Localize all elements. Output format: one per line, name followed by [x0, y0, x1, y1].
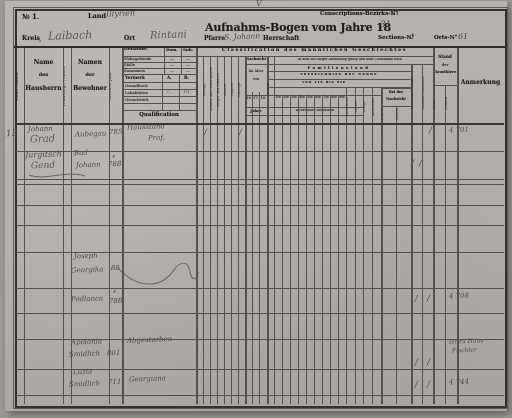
signature-flourish	[27, 170, 89, 182]
entry-qualification-line2: Prof.	[148, 135, 165, 143]
entry-qualification-line1: Hausstand	[127, 123, 165, 131]
land-value-handwritten: Illyrien	[106, 9, 135, 18]
column-hausherr-line3: Hausherrn	[24, 86, 63, 92]
age-class-cell: 5te	[306, 96, 314, 99]
gebaeude-row-b: —	[186, 69, 190, 73]
grid-line-horizontal	[16, 288, 504, 289]
column-bewohner-line1: Namen	[71, 60, 109, 66]
column-geburts-jahr: Geburts-Jahr	[109, 52, 122, 120]
gebaeude-subrow-value-a: 7.	[166, 90, 171, 95]
entry-tally-mark: /	[427, 295, 430, 304]
entry-bewohner-line2: Smidlich	[69, 380, 100, 388]
column-label-rotated: Bauern	[224, 58, 231, 121]
grid-line-horizontal	[16, 205, 504, 206]
section-number-value: 1	[410, 33, 415, 41]
column-label-rotated: Ledige	[363, 92, 372, 121]
grid-line-horizontal	[267, 71, 411, 72]
entry-bewohner-line2: Smidlich	[69, 350, 100, 358]
grid-line-horizontal	[267, 79, 411, 80]
grid-line-vertical	[179, 74, 180, 110]
entry-tally-mark: /	[204, 129, 207, 138]
nachsicht-title: Nachsicht	[245, 58, 267, 62]
column-label-rotated: Verehelichte	[346, 92, 355, 121]
entry-bewohner: Aubegau	[75, 130, 107, 138]
grid-line-vertical	[306, 95, 307, 404]
entry-tally-mark: /	[427, 381, 430, 390]
kreis-value-handwritten: Laibach	[48, 29, 93, 42]
sheet-title-year-handwritten: 31	[380, 21, 392, 30]
grid-line-horizontal	[122, 89, 196, 90]
gebaeude-row-label: Zusammen	[124, 69, 145, 73]
grid-line-horizontal	[122, 82, 196, 83]
gebaeude-subrow-label: Lokalitäten	[125, 91, 148, 95]
section-number-label: Sections-N°	[378, 36, 414, 42]
entry-anmerkung: 4 744	[449, 379, 469, 387]
revision-box-title2: Nachsicht	[381, 98, 411, 102]
ort-label: Ort	[124, 36, 135, 42]
anmerkung-header: Anmerkung	[457, 80, 504, 86]
age-class-cell: 3te	[290, 96, 298, 99]
land-label: Land	[88, 13, 106, 20]
nachsicht-line2: von	[245, 78, 267, 82]
age-class-cell: 1te	[274, 96, 282, 99]
gebaeude-row-label: Wohngebäude	[124, 57, 151, 61]
grid-line-horizontal	[122, 110, 196, 111]
grid-line-vertical	[274, 56, 275, 404]
column-bewohner-line3: Bewohner	[71, 86, 109, 92]
grid-line-vertical	[162, 74, 163, 110]
livestock-subcolumn-label: Pferde	[433, 87, 445, 121]
grid-line-vertical	[252, 92, 253, 404]
grid-line-vertical	[245, 56, 247, 404]
grid-line-horizontal	[122, 68, 196, 69]
gebaeude-head-dom: Dom.	[166, 48, 178, 52]
column-label-rotated: Volkszahl zusammen	[422, 66, 433, 121]
hausthiere-line3: Hausthiere	[433, 71, 457, 75]
grid-line-horizontal	[122, 56, 433, 57]
column-bewohner-line2: der	[71, 73, 109, 78]
column-hausherr-line1: Name	[24, 60, 63, 66]
gebaeude-row-a: —	[170, 69, 174, 73]
gebaeude-row-label: Ställe	[124, 63, 135, 67]
classification-text-line1: In dem bei obiger Abtheilung gültig und …	[268, 58, 432, 61]
entry-anmerkung: 4 701	[449, 127, 469, 135]
entry-bewohner-line2: Georgika	[71, 266, 104, 274]
grid-line-horizontal	[122, 103, 196, 104]
grid-line-vertical	[445, 85, 446, 404]
classification-text-line3: Verzeichniss der Söhne	[268, 73, 410, 77]
age-class-cell: 2te	[282, 96, 290, 99]
sheet-number: № 1.	[22, 13, 39, 20]
column-label-rotated: Witwer	[355, 92, 363, 121]
ort-value-handwritten: Rintani	[150, 30, 187, 41]
orts-number-value: 61	[458, 33, 468, 41]
entry-house-number: 13	[6, 130, 18, 139]
gebaeude-col-b: B.	[184, 76, 189, 80]
herrschaft-label: Herrschaft	[263, 36, 299, 42]
nachsicht-line1: Im Alter	[245, 70, 267, 74]
grid-line-horizontal	[16, 123, 504, 125]
hausthiere-line2: der	[433, 63, 457, 67]
entry-hausherr-line1: Johann	[28, 126, 53, 134]
entry-tally-mark: /	[415, 381, 418, 390]
grid-line-vertical	[322, 95, 323, 404]
gebaeude-vermerk-label: Vermerk	[125, 76, 145, 80]
entry-year: 785	[109, 129, 123, 136]
grid-line-horizontal	[16, 225, 504, 226]
grid-line-horizontal	[122, 96, 196, 97]
grid-line-vertical	[314, 95, 315, 404]
hausthiere-line1: Stand	[433, 55, 457, 59]
gebaeude-subrow-label: Grundbuch	[125, 84, 148, 88]
age-class-cell: 7te	[322, 96, 330, 99]
grid-line-horizontal	[122, 62, 196, 63]
column-label-rotated: Weibliche Personen	[411, 66, 422, 121]
column-wohnungs-numer: Wohnungs-Numer	[63, 52, 71, 120]
grid-line-vertical	[346, 87, 347, 404]
grid-line-horizontal	[16, 252, 504, 253]
entry-qualification-line1: Georgiana	[129, 375, 166, 383]
conscription-district-label: Conscriptions-Bezirks-N°	[320, 12, 398, 18]
column-label-rotated: Sonstige	[238, 58, 245, 121]
orts-number-label: Orts-N°	[434, 36, 457, 42]
check-mark-handwritten: V	[256, 0, 262, 8]
gebaeude-head-sub: Sub.	[183, 48, 193, 52]
grid-line-vertical	[298, 95, 299, 404]
column-label-rotated: Adelige	[203, 58, 210, 121]
grid-line-vertical	[372, 87, 373, 404]
grid-line-horizontal	[16, 179, 504, 180]
grid-line-vertical	[330, 95, 331, 404]
scanned-census-sheet: № 1. Land Illyrien Conscriptions-Bezirks…	[0, 0, 512, 418]
grid-line-horizontal	[16, 151, 504, 152]
grid-line-vertical	[282, 95, 283, 404]
age-year-cell: 17	[252, 96, 259, 100]
gebaeude-title: Gebäude:	[124, 48, 148, 53]
grid-line-vertical	[355, 87, 356, 404]
grid-line-horizontal	[433, 85, 457, 86]
column-haus-numer: Haus-Numer	[16, 52, 24, 120]
column-label-rotated: Beamte und Honoratioren	[210, 58, 217, 121]
pfarre-label: Pfarre	[204, 36, 225, 42]
entry-anmerkung: 4 708	[449, 293, 469, 301]
grid-line-vertical	[338, 95, 339, 404]
grid-line-horizontal	[16, 313, 504, 314]
age-year-cell: 18	[259, 96, 267, 100]
gebaeude-row-a: —	[170, 63, 174, 67]
gebaeude-col-a: A.	[167, 76, 172, 80]
column-label-rotated: Befreite	[267, 58, 274, 121]
entry-tally-mark: /	[415, 359, 418, 368]
entry-year-superscript: 4	[113, 290, 116, 295]
entry-tally-mark: /	[239, 129, 242, 138]
kreis-ditto-mark: „	[38, 36, 42, 43]
entry-bewohner-line2: Johann	[76, 162, 101, 170]
gebaeude-row-b: —	[186, 57, 190, 61]
column-hausherr-line2: des	[24, 73, 63, 78]
entry-bewohner: Podlanca	[71, 295, 103, 303]
classification-text-line4: Von 1te bis 9te	[268, 81, 380, 85]
age-class-cell: 9te	[338, 96, 346, 99]
entry-anmerkung-line2: Fischler	[452, 348, 477, 355]
grid-line-vertical	[164, 46, 165, 74]
qualification-header: Qualification	[122, 113, 196, 119]
classification-title: Classification des männlichen Geschlecht…	[196, 48, 433, 53]
entry-year: 788	[109, 298, 123, 305]
gebaeude-subrow-label: Grundstück	[125, 98, 149, 102]
grid-line-horizontal	[381, 88, 411, 89]
gebaeude-row-a: —	[170, 57, 174, 61]
revision-subcolumn-label: Zugang	[381, 107, 396, 122]
grid-line-horizontal	[16, 184, 504, 185]
column-label-rotated: Bürger und Künstler	[217, 58, 224, 121]
grid-line-horizontal	[122, 74, 196, 75]
grid-line-vertical	[363, 87, 364, 404]
classification-text-line2: Familienstand	[268, 66, 410, 70]
grid-line-horizontal	[16, 339, 504, 340]
pfarre-value-handwritten: S. Johann	[224, 32, 260, 41]
gebaeude-row-b: —	[186, 63, 190, 67]
nachsicht-unit: Jahre	[245, 109, 267, 113]
conscription-district-value: 11	[390, 9, 400, 17]
livestock-subcolumn-label: Ochsen	[445, 87, 457, 121]
column-label-rotated: Geistliche	[196, 58, 203, 121]
entry-hausherr-line2: Grad	[30, 135, 55, 146]
grid-line-vertical	[259, 92, 260, 404]
revision-box-title1: Bei der	[381, 91, 411, 95]
grid-line-horizontal	[14, 46, 506, 48]
grid-line-vertical	[381, 88, 383, 404]
revision-subcolumn-label: Abgang	[396, 107, 411, 122]
grid-line-vertical	[181, 46, 182, 74]
column-label-rotated: Häusler	[231, 58, 238, 121]
age-year-cell: 16	[245, 96, 252, 100]
age-class-cell: 4te	[298, 96, 306, 99]
grid-line-vertical	[290, 95, 291, 404]
entry-tally-mark: /	[415, 295, 418, 304]
age-class-cell: 8te	[330, 96, 338, 99]
column-label-rotated: Abwesende	[372, 92, 381, 121]
age-class-cell: 6te	[314, 96, 322, 99]
entry-tally-mark: /	[427, 359, 430, 368]
grid-line-horizontal	[16, 395, 504, 396]
gebaeude-subrow-value-b: 10.	[183, 90, 191, 95]
grid-line-horizontal	[16, 369, 504, 370]
entry-tally-mark: /	[429, 127, 432, 136]
entry-bewohner-line1: Joseph	[74, 253, 98, 261]
